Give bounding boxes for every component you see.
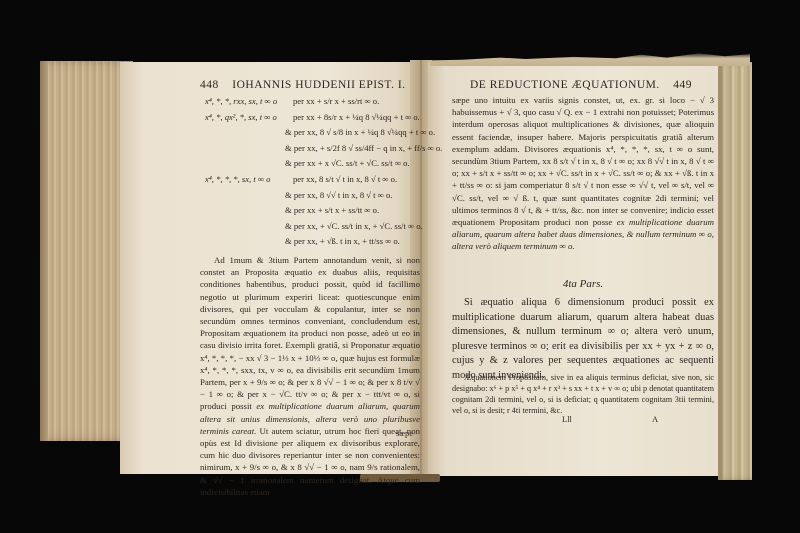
open-book: 448 IOHANNIS HUDDENII EPIST. I. x⁴, *, *… [0, 0, 800, 533]
left-paragraph: Ad 1mum & 3tium Partem annotandum venit,… [200, 254, 420, 498]
right-paragraph-top: sæpe uno intuitu ex variis signis conste… [452, 94, 714, 253]
equation-row: & per xx + x √C. ss/t + √C. ss/t ∞ o. [205, 156, 425, 172]
left-cover-edge [40, 61, 48, 441]
equation-row: & per xx, + s/2f 8 √ ss/4ff − q in x, + … [205, 141, 425, 157]
right-fore-edge [718, 62, 752, 480]
right-running-head: DE REDUCTIONE ÆQUATIONUM. 449 [470, 79, 692, 91]
equation-row: & per xx, + √C. ss/t in x, + √C. ss/t ∞ … [205, 219, 425, 235]
equation-row: & per xx + s/t x + ss/tt ∞ o. [205, 203, 425, 219]
equation-list: x⁴, *, *, rxx, sx, t ∞ oper xx + s/r x +… [205, 94, 425, 250]
equation-row: & per xx, 8 √√ t in x, 8 √ t ∞ o. [205, 188, 425, 204]
right-page-title: DE REDUCTIONE ÆQUATIONUM. [470, 79, 660, 91]
small-paragraph: Æquationem Propositam, sive in ea aliqui… [452, 372, 714, 416]
section-title: 4ta Pars. [452, 278, 714, 290]
left-running-head: 448 IOHANNIS HUDDENII EPIST. I. [200, 79, 406, 91]
left-page-number: 448 [200, 79, 219, 91]
printer-signature: Lll [562, 414, 572, 424]
equation-row: x⁴, *, qx², *, sx, t ∞ oper xx + 8s/r x … [205, 110, 425, 126]
left-page-title: IOHANNIS HUDDENII EPIST. I. [232, 79, 405, 91]
section-paragraph: Si æquatio aliqua 6 dimensionum produci … [452, 296, 714, 383]
right-page-number: 449 [673, 79, 692, 91]
equation-row: & per xx, 8 √ s/8 in x + ¼q 8 √¼qq + t ∞… [205, 125, 425, 141]
signature-letter: A [652, 414, 658, 424]
equation-row: x⁴, *, *, rxx, sx, t ∞ oper xx + s/r x +… [205, 94, 425, 110]
torn-page-edge [430, 52, 750, 66]
catchword: sæpe [396, 428, 413, 438]
equation-row: x⁴, *, *, *, sx, t ∞ oper xx, 8 s/t √ t … [205, 172, 425, 188]
equation-row: & per xx, + √ß. t in x, + tt/ss ∞ o. [205, 234, 425, 250]
